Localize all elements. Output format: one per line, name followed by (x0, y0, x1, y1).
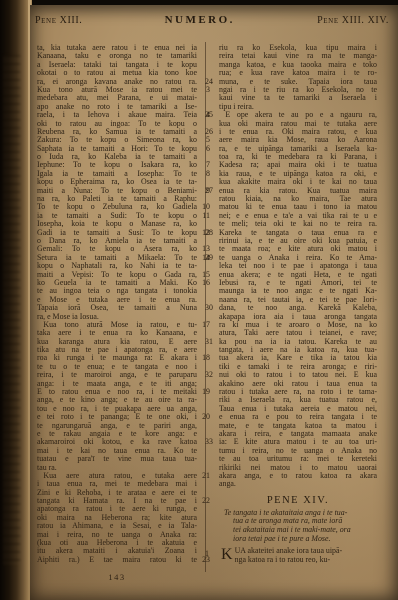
verse-number: 8 (206, 170, 210, 178)
left-column-lines: ta, kia tutaka aere ratou i te enua nei … (37, 44, 197, 564)
verse-number: 17 (202, 321, 210, 329)
right-column: riu ra ko Esekola, kua tipu maira ireira… (219, 44, 377, 565)
verse-number: 3 (206, 86, 210, 94)
verse-number: 27 (205, 187, 213, 195)
running-head-right: Pene XIII. XIV. (317, 15, 389, 26)
right-column-lines: riu ra ko Esekola, kua tipu maira ireira… (219, 44, 377, 489)
facing-page-blurred-text (3, 55, 20, 565)
verse-number: 19 (202, 388, 210, 396)
running-head-title: NUMERO. (165, 14, 235, 26)
first-verse-lines: UA akateitei anake iora taua uipā-nga ka… (219, 547, 377, 564)
text-line: Aiphiti ra.) E tae maira ratou ki te23 (37, 556, 197, 564)
verse-number: 16 (202, 279, 210, 287)
text-line: nga katoa ra i to ratou reo, ku- (219, 556, 377, 565)
text-line: akara anga, e to ratou katoa ra akara (219, 472, 377, 480)
verse-number: 11 (202, 212, 210, 220)
verse-number: 21 (202, 472, 210, 480)
book-page: Pene XIII. NUMERO. Pene XIII. XIV. ta, k… (30, 5, 398, 600)
verse-number: 25 (205, 111, 213, 119)
chapter-heading: PENE XIV. (219, 495, 377, 506)
verse-number: 33 (205, 438, 213, 446)
verse-number: 24 (205, 78, 213, 86)
text-line: tuatau e para'ī te vine mua taua tua- (37, 455, 197, 463)
verse-number: 32 (205, 371, 213, 379)
chapter-first-verse: 1 K UA akateitei anake iora taua uipā-ng… (219, 547, 377, 564)
verse-number: 18 (202, 354, 210, 362)
verse-number: 22 (202, 497, 210, 505)
book-binding-gutter (0, 0, 32, 600)
verse-number: 28 (205, 229, 213, 237)
book-photo: Pene XIII. NUMERO. Pene XIII. XIV. ta, k… (0, 0, 398, 600)
running-head-left: Pene XIII. (35, 15, 82, 26)
text-line: anga. (219, 480, 377, 488)
verse-number: 20 (202, 413, 210, 421)
chapter-summary: Te tangata i te akataitaia anga i te tua… (219, 509, 377, 544)
page-number: 143 (37, 572, 197, 582)
verse-number: 29 (205, 254, 213, 262)
verse-number: 1 (205, 549, 209, 558)
left-column: ta, kia tutaka aere ratou i te enua nei … (37, 44, 197, 564)
verse-number: 31 (205, 338, 213, 346)
verse-number: 26 (205, 128, 213, 136)
summary-line: iora tetai pae i te pure a Mose. (219, 535, 377, 544)
verse-number: 30 (205, 304, 213, 312)
running-head: Pene XIII. NUMERO. Pene XIII. XIV. (35, 14, 389, 26)
verse-number: 6 (206, 145, 210, 153)
